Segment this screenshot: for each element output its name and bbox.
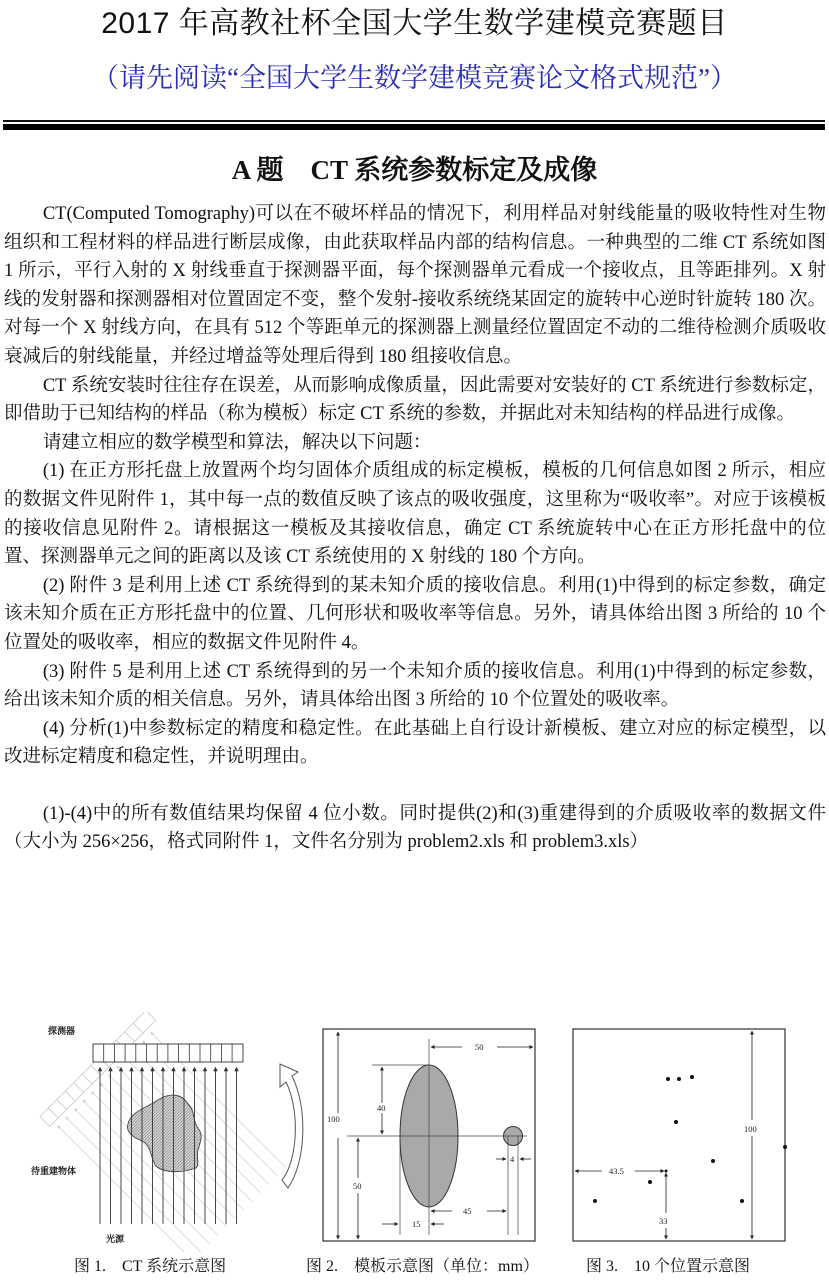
rotation-arrow-icon: [280, 1064, 303, 1188]
dim-50-top: 50: [475, 1042, 484, 1052]
problem-body: CT(Computed Tomography)可以在不破坏样品的情况下，利用样品…: [4, 200, 826, 857]
format-note: （请先阅读“全国大学生数学建模竞赛论文格式规范”）: [0, 60, 829, 96]
contest-title: 2017 年高教社杯全国大学生数学建模竞赛题目: [0, 4, 829, 44]
label-detector: 探测器: [48, 1025, 75, 1037]
question-1: (1) 在正方形托盘上放置两个均匀固体介质组成的标定模板，模板的几何信息如图 2…: [4, 457, 826, 571]
paragraph-intro: CT(Computed Tomography)可以在不破坏样品的情况下，利用样品…: [4, 200, 826, 372]
dim-43-5: 43.5: [609, 1166, 624, 1176]
dim-100: 100: [744, 1124, 757, 1134]
caption-figure-2: 图 2. 模板示意图（单位：mm）: [306, 1256, 539, 1278]
figure-1-ct-diagram: 探测器 待重建物体 光源: [30, 1012, 310, 1252]
paragraph-task-intro: 请建立相应的数学模型和算法，解决以下问题：: [4, 429, 826, 458]
object-shape: [128, 1095, 202, 1172]
label-source: 光源: [106, 1233, 125, 1245]
header-rule-thick: [3, 124, 825, 130]
paragraph-calibration: CT 系统安装时往往存在误差，从而影响成像质量，因此需要对安装好的 CT 系统进…: [4, 372, 826, 429]
tray-square: [573, 1029, 785, 1241]
dim-45: 45: [463, 1206, 472, 1216]
caption-figure-3: 图 3. 10 个位置示意图: [586, 1256, 750, 1278]
dim-100: 100: [327, 1114, 340, 1124]
dim-33: 33: [659, 1216, 668, 1226]
requirements-note: (1)-(4)中的所有数值结果均保留 4 位小数。同时提供(2)和(3)重建得到…: [4, 800, 826, 857]
question-2: (2) 附件 3 是利用上述 CT 系统得到的某未知介质的接收信息。利用(1)中…: [4, 572, 826, 658]
dim-50-left: 50: [353, 1181, 362, 1191]
dim-40: 40: [377, 1103, 386, 1113]
question-3: (3) 附件 5 是利用上述 CT 系统得到的另一个未知介质的接收信息。利用(1…: [4, 658, 826, 715]
dim-15: 15: [412, 1219, 421, 1229]
spacer: [4, 772, 826, 800]
figure-3-positions-diagram: 43.5 33 100: [572, 1028, 788, 1244]
figure-2-template-diagram: 50 100 40 50 4 45 15: [322, 1028, 538, 1244]
header-rule-thin: [3, 120, 825, 122]
label-object: 待重建物体: [31, 1165, 76, 1177]
question-4: (4) 分析(1)中参数标定的精度和稳定性。在此基础上自行设计新模板、建立对应的…: [4, 715, 826, 772]
caption-figure-1: 图 1. CT 系统示意图: [74, 1256, 226, 1278]
problem-title: A 题 CT 系统参数标定及成像: [0, 150, 829, 190]
